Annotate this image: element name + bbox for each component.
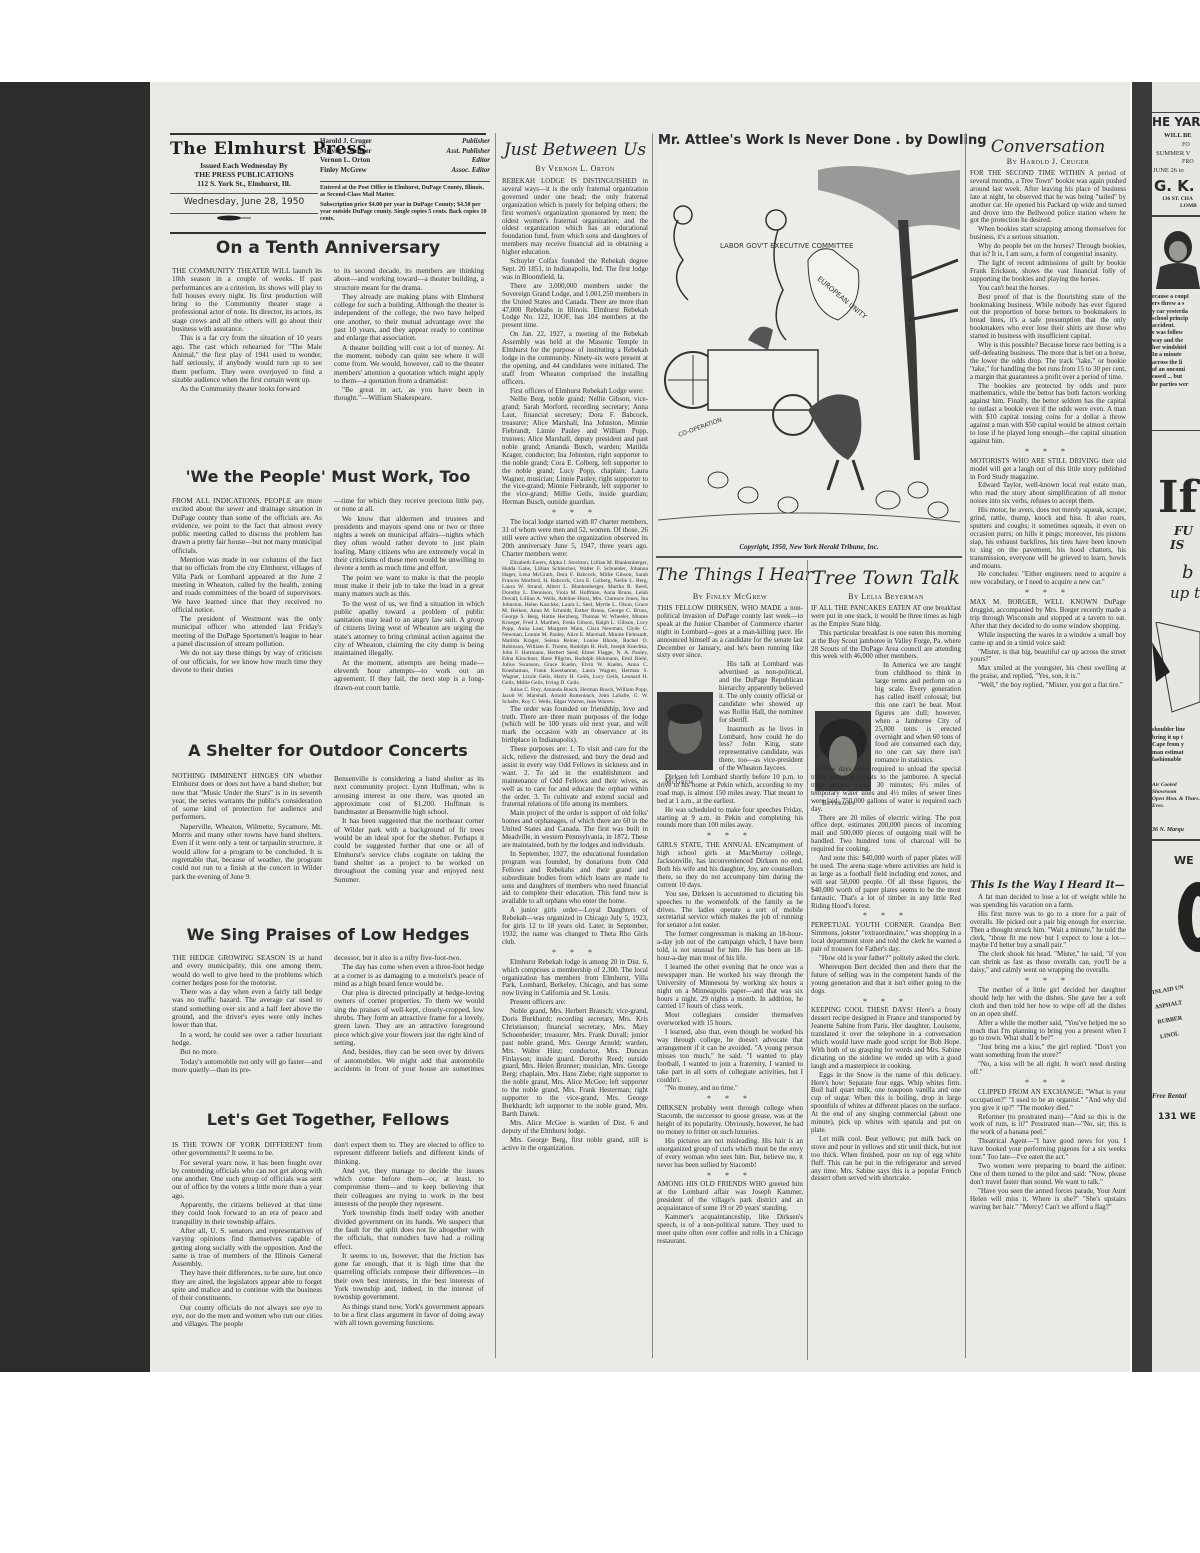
ad-business-name: G. K. B [1154, 177, 1200, 195]
staff-role: Assoc. Editor [451, 166, 490, 176]
paragraph: MAX M. BORGER, WELL KNOWN DuPage druggis… [970, 599, 1126, 631]
paragraph: His motor, he avers, does not merely squ… [970, 507, 1126, 570]
paragraph: THIS FELLOW DIRKSEN, WHO MADE a non-poli… [657, 605, 803, 660]
staff-box: Harold J. CrugerPublisher Melvin J. Crug… [320, 137, 490, 175]
paragraph: CLIPPED FROM AN EXCHANGE: "What is your … [970, 1089, 1126, 1113]
staff-role: Asst. Publisher [446, 147, 490, 157]
paragraph: IS THE TOWN OF YORK DIFFERENT from other… [172, 1141, 322, 1158]
paragraph: I learned the other evening that he once… [657, 964, 803, 1011]
paragraph: "No, a kiss will be all right. It won't … [970, 1061, 1126, 1077]
paragraph: Inasmuch as he lives in Lombard, how cou… [719, 726, 803, 773]
paragraph: "Well," the boy replied, "Mister, you go… [970, 682, 1126, 690]
column-body: THIS FELLOW DIRKSEN, WHO MADE a non-poli… [657, 605, 803, 1355]
paragraph: There was a day when even a fairly tall … [172, 988, 322, 1029]
paragraph: The local lodge started with 87 charter … [502, 519, 648, 559]
paragraph: Today's automobile not only will go fast… [172, 1058, 322, 1074]
ad-border [1152, 839, 1200, 841]
staff-row: Finley McGrewAssoc. Editor [320, 166, 490, 176]
paragraph: Apparently, the citizens believed at tha… [172, 1201, 322, 1226]
publisher-address: 112 S. York St., Elmhurst, Ill. [170, 179, 318, 188]
ad-border [1152, 215, 1200, 217]
paragraph: It seems to us, however, that the fricti… [334, 1252, 484, 1302]
ad-text: SUMMER V [1156, 150, 1190, 157]
paragraph: As the Community theater looks forward [172, 385, 322, 393]
paragraph: When bookies start scrapping among thems… [970, 226, 1126, 242]
adjacent-page: HE YAR WILL BE FO SUMMER V FRO JUNE 26 t… [1152, 82, 1200, 1372]
section-separator: * * * [657, 832, 803, 840]
paragraph: In a word, he could see over a rather lu… [172, 1031, 322, 1048]
ad-text: Free Rental [1152, 1092, 1186, 1100]
editorial-column: IS THE TOWN OF YORK DIFFERENT from other… [172, 1141, 322, 1349]
paragraph: "Mister, is that big, beautiful car up a… [970, 649, 1126, 665]
paragraph: The mother of a little girl decided her … [970, 987, 1126, 1019]
ad-script: b [1182, 562, 1194, 583]
paragraph: Best proof of that is the flourishing st… [970, 294, 1126, 341]
editorial-column: THE HEDGE GROWING SEASON IS at hand and … [172, 954, 322, 1074]
paragraph: You see, Dirksen is accustomed to dictat… [657, 891, 803, 931]
ad-border [1152, 112, 1200, 113]
paragraph: You can't beat the horses. [970, 285, 1126, 293]
paragraph: "How old is your father?" politely asked… [811, 955, 961, 963]
paragraph: "Have you seen the armed forces parade, … [970, 1188, 1126, 1212]
section-separator: * * * [970, 977, 1126, 985]
paragraph: He concludes: "Either engineers need to … [970, 571, 1126, 587]
ad-text: FRO [1182, 159, 1194, 165]
issue-date: Wednesday, June 28, 1950 [170, 193, 318, 207]
paragraph: GIRLS STATE, THE ANNUAL ENcampment of hi… [657, 842, 803, 889]
editorial-headline: Let's Get Together, Fellows [170, 1110, 486, 1129]
paragraph: IF ALL THE PANCAKES EATEN AT one breakfa… [811, 605, 961, 629]
paragraph: First officers of Elmhurst Rebekah Lodge… [502, 388, 648, 396]
paragraph: Nellie Berg, noble grand; Nellie Gibson,… [502, 396, 648, 507]
byline: By Vernon L. Orton [500, 164, 650, 173]
subheading: This Is the Way I Heard It— [970, 880, 1126, 891]
paragraph: Bensenville is considering a band shelte… [334, 775, 484, 816]
ad-text: FO [1182, 142, 1190, 148]
staff-row: Vernon L. OrtonEditor [320, 156, 490, 166]
svg-text:LABOR GOV'T EXECUTIVE COMMITTE: LABOR GOV'T EXECUTIVE COMMITTEE [720, 242, 853, 250]
byline: By Lelia Beyerman [810, 592, 962, 601]
section-separator: * * * [970, 589, 1126, 597]
section-rule [656, 556, 962, 558]
ad-city: LOMB [1180, 203, 1197, 209]
paragraph: "No money, and no time." [657, 1085, 803, 1093]
paragraph: A junior girls order—Loyal Daughters of … [502, 907, 648, 947]
paragraph: NOTHING IMMINENT HINGES ON whether Elmhu… [172, 772, 322, 822]
cartoon-title: Mr. Attlee's Work Is Never Done . by Dow… [658, 133, 968, 148]
section-separator: * * * [811, 912, 961, 920]
editorial-column: Bensenville is considering a band shelte… [334, 775, 484, 905]
editorial-headline: 'We the People' Must Work, Too [170, 467, 486, 486]
staff-name: Vernon L. Orton [320, 156, 370, 166]
paragraph: Noble grand, Mrs. Herbert Brausch; vice-… [502, 1008, 648, 1119]
paragraph: Main project of the order is support of … [502, 810, 648, 850]
paragraph: Mrs. George Berg, first noble grand, sti… [502, 1137, 648, 1153]
paragraph: Whereupon Bert decided then and there th… [811, 964, 961, 996]
paragraph: Theatrical Agent—"I have good news for y… [970, 1138, 1126, 1162]
paragraph: Why is this possible? Because horse race… [970, 342, 1126, 382]
ad-address: 36 N. Marqu [1152, 827, 1184, 833]
editorial-column: —time for which they receive precious li… [334, 497, 484, 717]
staff-role: Editor [472, 156, 490, 166]
paragraph: Let milk cool. Beat yellows; put milk ba… [811, 1136, 961, 1183]
paragraph: Julius C. Frey, Amanda Busch, Herman Bus… [502, 687, 648, 705]
section-separator: * * * [502, 949, 648, 957]
paragraph: Mrs. Alice McGee is warden of Dist. 6 an… [502, 1120, 648, 1136]
paragraph: While inspecting the wares in a window a… [970, 632, 1126, 648]
column-rule [652, 133, 653, 1358]
paragraph: The former congressman is making an 18-h… [657, 931, 803, 963]
paragraph: York township finds itself today with an… [334, 1209, 484, 1250]
paragraph: Eggs in the Snow is the name of this del… [811, 1072, 961, 1135]
paragraph: These purposes are: 1. To visit and care… [502, 746, 648, 809]
paragraph: THE COMMUNITY THEATER WILL launch its 10… [172, 267, 322, 333]
scan-margin-bottom [0, 1372, 1200, 1553]
ad-big-letter: If [1158, 472, 1198, 523]
paragraph: And, besides, they can be seen over by d… [334, 1048, 484, 1074]
paragraph: MOTORISTS WHO ARE STILL DRIVING their ol… [970, 458, 1126, 482]
paragraph: The order was founded on friendship, lov… [502, 706, 648, 746]
masthead-bottom-rule [170, 232, 486, 234]
paragraph: We do not say these things by way of cri… [172, 649, 322, 674]
paragraph: In September, 1927, the educational foun… [502, 851, 648, 906]
paragraph: Two women were preparing to board the ai… [970, 1163, 1126, 1187]
paragraph: The light of recent admissions of guilt … [970, 260, 1126, 284]
ornament-icon [215, 215, 255, 221]
ad-script: FU [1174, 524, 1193, 538]
section-separator: * * * [502, 509, 648, 517]
issued-line: Issued Each Wednesday By [170, 161, 318, 170]
paragraph: The bookies are protected by odds and pu… [970, 383, 1126, 446]
paragraph: They have their differences, to be sure,… [172, 1269, 322, 1302]
cartoon-man-icon [1156, 229, 1200, 289]
paragraph: We know that aldermen and trustees and p… [334, 515, 484, 573]
paragraph: Dirksen left Lombard shortly before 10 p… [657, 774, 803, 806]
byline: By Finley McGrew [656, 592, 804, 601]
paragraph: The point we want to make is that the pe… [334, 574, 484, 599]
cartoon-title-text: Mr. Attlee's Work Is Never Done [658, 133, 891, 148]
paragraph: His pictures are not misleading. His hai… [657, 1138, 803, 1170]
paragraph: He was scheduled to make four speeches F… [657, 807, 803, 831]
ad-address: 136 ST. CHA [1162, 196, 1193, 202]
paragraph: KEEPING COOL THESE DAYS! Here's a frosty… [811, 1007, 961, 1070]
paragraph: The president of Westmont was the only m… [172, 615, 322, 648]
column-title: The Things I Hear [656, 565, 804, 585]
paragraph: Most collegians consider themselves over… [657, 1012, 803, 1028]
paragraph: to its second decade, its members are th… [334, 267, 484, 292]
paragraph: THE HEDGE GROWING SEASON IS at hand and … [172, 954, 322, 987]
paragraph: To the west of us, we find a situation i… [334, 600, 484, 658]
masthead-rule [170, 213, 318, 214]
section-separator: * * * [970, 448, 1126, 456]
postal-notice: Entered at the Post Office in Elmhurst, … [320, 181, 490, 223]
paragraph: Why do people bet on the horses? Through… [970, 243, 1126, 259]
paragraph: His talk at Lombard was advertised as no… [719, 661, 803, 724]
section-separator: * * * [970, 1079, 1126, 1087]
byline: By Harold J. Cruger [968, 157, 1128, 166]
paragraph: decessor, but it also is a nifty five-fo… [334, 954, 484, 962]
editorial-headline: On a Tenth Anniversary [170, 238, 486, 258]
column-title: Just Between Us [500, 140, 650, 160]
ad-graphic-icon [1152, 622, 1200, 717]
paragraph: On Jan. 22, 1927, a meeting of the Rebek… [502, 331, 648, 386]
editorial-column: NOTHING IMMINENT HINGES ON whether Elmhu… [172, 772, 322, 902]
paragraph: Schuyler Colfax founded the Rebekah degr… [502, 258, 648, 282]
column-body: REBEKAH LODGE IS DISTINGUISHED in severa… [502, 178, 648, 1358]
ad-text: JUNE 26 to [1153, 167, 1184, 174]
scan-margin-left [0, 0, 150, 1553]
editorial-column: decessor, but it also is a nifty five-fo… [334, 954, 484, 1074]
editorial-column: THE COMMUNITY THEATER WILL launch its 10… [172, 267, 322, 439]
column-body: FOR THE SECOND TIME WITHIN A period of s… [970, 170, 1126, 875]
ad-headline: HE YAR [1152, 115, 1200, 129]
editorial-headline: We Sing Praises of Low Hedges [170, 925, 486, 944]
paragraph: This is a far cry from the situation of … [172, 334, 322, 384]
column-rule [495, 133, 496, 1358]
paragraph: A theater building will cost a lot of mo… [334, 344, 484, 385]
paragraph: As things stand now, York's government a… [334, 1303, 484, 1328]
paragraph: REBEKAH LODGE IS DISTINGUISHED in severa… [502, 178, 648, 257]
ad-copy: shoulder linebring it up tCape from yman… [1152, 727, 1200, 765]
paragraph: And note this: $40,000 worth of paper pl… [811, 855, 961, 910]
paragraph: After all, U. S. senators and representa… [172, 1227, 322, 1268]
paragraph: "Be great in act, as you have been in th… [334, 386, 484, 403]
paragraph: don't expect them to. They are elected t… [334, 1141, 484, 1166]
paragraph: After a while the mother said, "You've h… [970, 1020, 1126, 1044]
paragraph: His first move was to go to a store for … [970, 911, 1126, 951]
scan-dark-border [0, 82, 150, 1372]
paragraph: Naperville, Wheaton, Wilmette, Sycamore,… [172, 823, 322, 881]
staff-name: Melvin J. Cruger [320, 147, 372, 157]
staff-name: Harold J. Cruger [320, 137, 372, 147]
paragraph: Kammer's acquaintanceship, like Dirksen'… [657, 1214, 803, 1246]
ad-text: Open Mon. & Thurs. Eves. [1152, 796, 1200, 809]
column-title: Conversation [968, 137, 1128, 157]
publisher-name: THE PRESS PUBLICATIONS [170, 170, 318, 179]
paragraph: The day has come when even a three-foot … [334, 963, 484, 988]
section-separator: * * * [657, 1172, 803, 1180]
paragraph: FOR THE SECOND TIME WITHIN A period of s… [970, 170, 1126, 225]
ad-items: INLAID UN ASPHALT RUBBER LINOL [1152, 979, 1200, 1046]
masthead: The Elmhurst Press Issued Each Wednesday… [170, 133, 486, 235]
column-rule [807, 560, 808, 1360]
entered-notice: Entered at the Post Office in Elmhurst, … [320, 185, 490, 199]
paragraph: There are 3,000,000 members under the So… [502, 283, 648, 330]
ad-address: 131 WE [1158, 1112, 1196, 1122]
section-separator: * * * [657, 1095, 803, 1103]
paragraph: And yet, they manage to decide the issue… [334, 1167, 484, 1208]
paragraph: Mention was made in our columns of the f… [172, 556, 322, 614]
paragraph: I learned, also that, even though he wor… [657, 1029, 803, 1084]
ad-border [1152, 430, 1200, 431]
paragraph: DIRKSEN probably went through college wh… [657, 1105, 803, 1137]
paragraph: Max smiled at the youngster, his chest s… [970, 665, 1126, 681]
paragraph: FROM ALL INDICATIONS, PEOPLE are more ex… [172, 497, 322, 555]
paragraph: It has been suggested that the northeast… [334, 817, 484, 883]
subscription-notice: Subscription price $4.00 per year in DuP… [320, 202, 490, 223]
column-body: A fat man decided to lose a lot of weigh… [970, 894, 1126, 1359]
editorial-column: to its second decade, its members are th… [334, 267, 484, 439]
paragraph: The clerk shook his head. "Mister," he s… [970, 951, 1126, 975]
column-body: IF ALL THE PANCAKES EATEN AT one breakfa… [811, 605, 961, 1355]
paragraph: AMONG HIS OLD FRIENDS WHO greeted him at… [657, 1181, 803, 1213]
publisher-info: Issued Each Wednesday By THE PRESS PUBLI… [170, 161, 318, 188]
column-title: Tree Town Talk [810, 567, 962, 589]
paragraph: Our plea is directed principally at hedg… [334, 989, 484, 1047]
paragraph: This particular breakfast is one eaten t… [811, 630, 961, 662]
editorial-headline: A Shelter for Outdoor Concerts [170, 741, 486, 760]
ad-logo-icon [1178, 882, 1200, 952]
paragraph: At the moment, attempts are being made—e… [334, 659, 484, 692]
staff-row: Melvin J. CrugerAsst. Publisher [320, 147, 490, 157]
editorial-cartoon: LABOR GOV'T EXECUTIVE COMMITTEE EUROPEAN… [658, 160, 960, 535]
ad-text: WILL BE [1164, 132, 1192, 139]
paragraph: PERPETUAL YOUTH CORNER. Grandpa Bert Sim… [811, 922, 961, 954]
paragraph: Our county officials do not always see e… [172, 1304, 322, 1329]
paragraph: A fat man decided to lose a lot of weigh… [970, 894, 1126, 910]
staff-name: Finley McGrew [320, 166, 367, 176]
paragraph: —time for which they receive precious li… [334, 497, 484, 514]
cartoon-drawing-icon: LABOR GOV'T EXECUTIVE COMMITTEE EUROPEAN… [658, 160, 960, 535]
paragraph: In America we are taught from childhood … [875, 662, 961, 765]
paragraph: For several years now, it has been fough… [172, 1159, 322, 1200]
ad-copy: ecause a couplers threw a sy car yesterd… [1152, 294, 1200, 389]
paragraph: Elizabeth Ewers, Alpha J. Stockton, Lill… [502, 560, 648, 686]
ad-text: Air Cooled Showroom [1152, 782, 1200, 795]
staff-row: Harold J. CrugerPublisher [320, 137, 490, 147]
section-separator: * * * [811, 998, 961, 1006]
column-rule [965, 133, 966, 1358]
paragraph: "Just bring me a kiss," the girl replied… [970, 1044, 1126, 1060]
paragraph: Present officers are: [502, 999, 648, 1007]
paragraph: Edward Taylor, well-known local real est… [970, 482, 1126, 506]
paragraph: There are 20 miles of electric wiring. T… [811, 815, 961, 855]
ad-script: up t [1170, 584, 1200, 602]
paragraph: They already are making plans with Elmhu… [334, 293, 484, 343]
staff-role: Publisher [462, 137, 490, 147]
ad-script: IS [1170, 538, 1184, 552]
editorial-column: FROM ALL INDICATIONS, PEOPLE are more ex… [172, 497, 322, 717]
cartoon-copyright: Copyright, 1950, New York Herald Tribune… [658, 543, 960, 551]
paragraph: Reformer (to prostrated man)—"And so thi… [970, 1114, 1126, 1138]
page-gutter [1132, 82, 1152, 1372]
paragraph: Elmhurst Rebekah lodge is among 20 in Di… [502, 959, 648, 999]
paragraph: But no more. [172, 1048, 322, 1056]
editorial-column: don't expect them to. They are elected t… [334, 1141, 484, 1349]
ad-headline: WE [1174, 854, 1194, 867]
paragraph: Three days were required to unload the s… [811, 766, 961, 813]
